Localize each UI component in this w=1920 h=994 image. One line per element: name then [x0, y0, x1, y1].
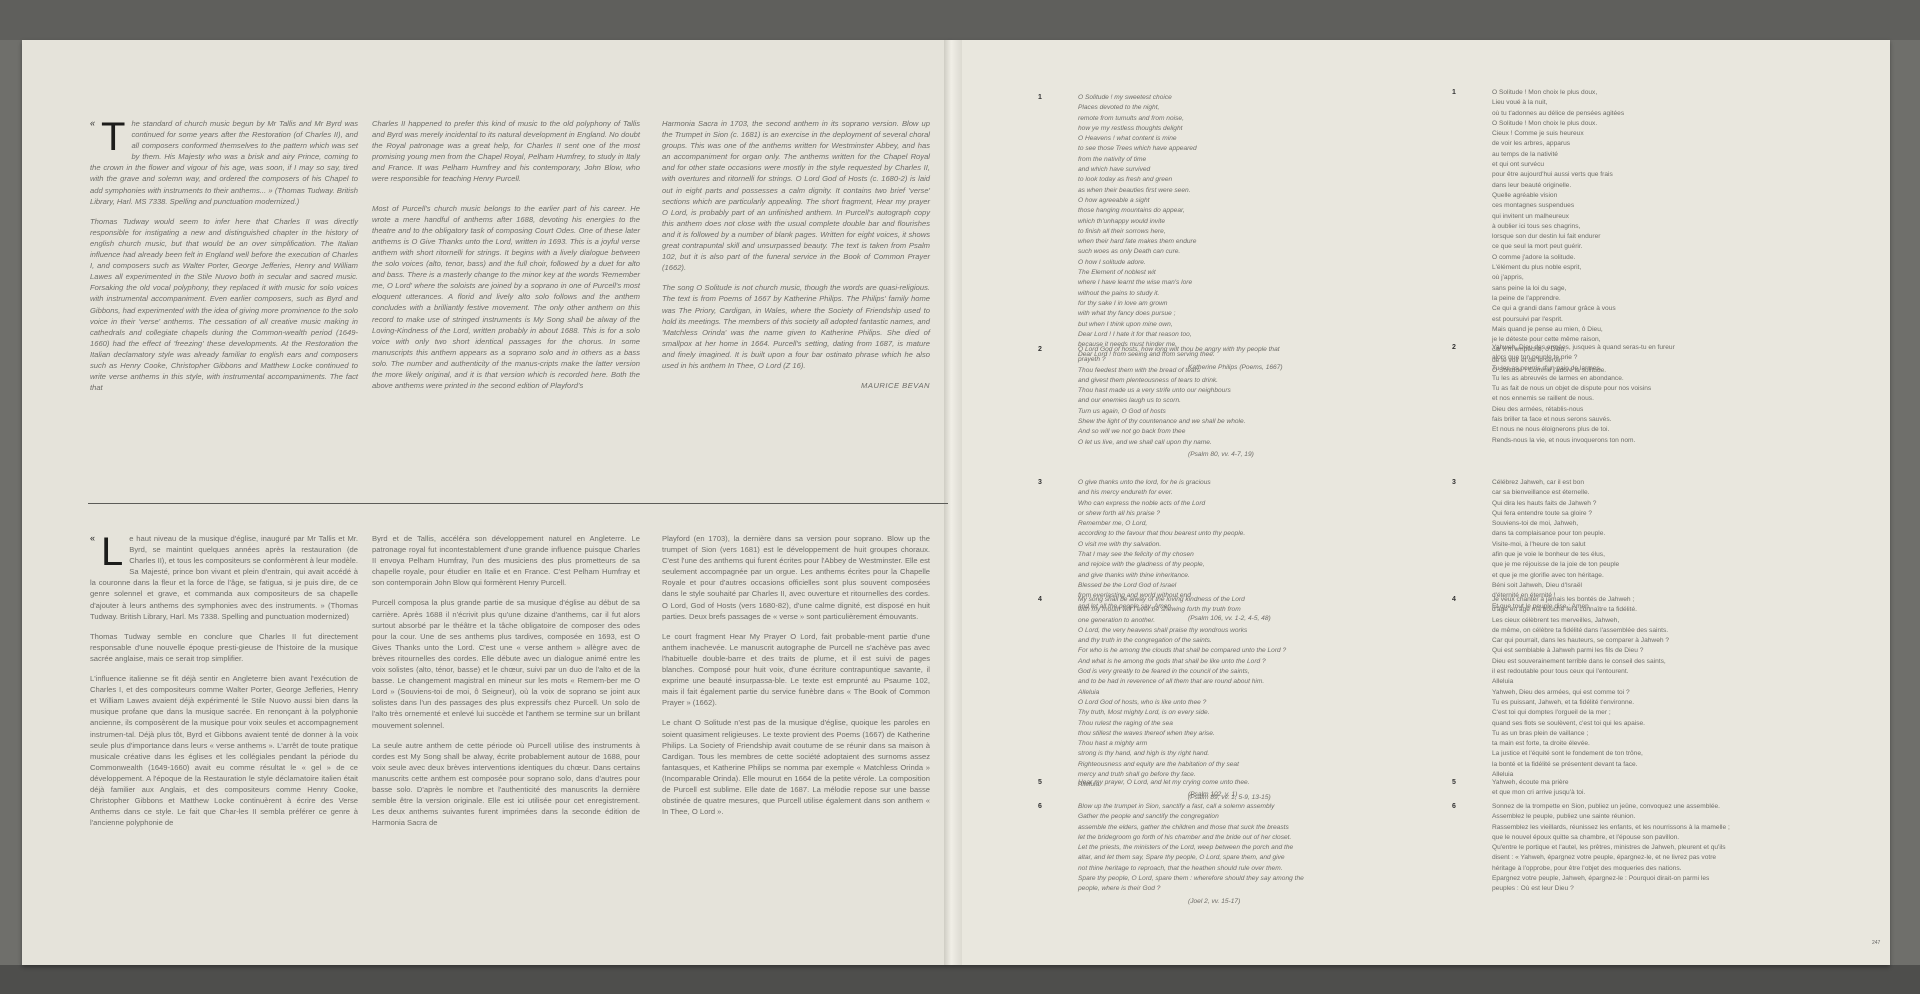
lyric-line: Places devoted to the night, [1078, 103, 1438, 113]
lyric-line: C'est toi qui domptes l'orgueil de la me… [1492, 708, 1872, 718]
lyric-line: alors que ton peuple te prie ? [1492, 353, 1872, 363]
lyric-line: Who can express the noble acts of the Lo… [1078, 499, 1438, 509]
open-quote: « [90, 533, 95, 544]
lyric-line: O Solitude ! Mon choix le plus doux, [1492, 88, 1872, 98]
lyric-line: Cieux ! Comme je suis heureux [1492, 129, 1872, 139]
lyric-line: O Solitude ! Mon choix le plus doux. [1492, 119, 1872, 129]
track-number: 6 [1452, 802, 1456, 812]
lyric-line: de même, on célèbre ta fidélité dans l'a… [1492, 626, 1872, 636]
lyric-line: from the nativity of time [1078, 155, 1438, 165]
lyric-line: Ce qui a grandi dans l'amour grâce à vou… [1492, 304, 1872, 314]
lyric-line: assemble the elders, gather the children… [1078, 823, 1438, 833]
track-number: 5 [1038, 778, 1042, 788]
lyric-line: Dieu des armées, rétablis-nous [1492, 405, 1872, 415]
lyric-block: 1O Solitude ! Mon choix le plus doux,Lie… [1452, 88, 1872, 376]
lyric-line: those hanging mountains do appear, [1078, 206, 1438, 216]
lyric-line: with my mouth will I ever be shewing for… [1078, 605, 1438, 615]
french-essay-paragraph: La seule autre anthem de cette période o… [372, 740, 640, 829]
lyric-line: or shew forth all his praise ? [1078, 509, 1438, 519]
lyric-line: Célébrez Jahweh, car il est bon [1492, 478, 1872, 488]
lyric-block: 2O Lord God of hosts, how long wilt thou… [1038, 345, 1438, 460]
lyric-line: ces montagnes suspendues [1492, 201, 1872, 211]
track-number: 6 [1038, 802, 1042, 812]
lyric-line: O visit me with thy salvation. [1078, 540, 1438, 550]
french-essay-paragraph: Purcell composa la plus grande partie de… [372, 597, 640, 730]
english-essay-paragraph: The song O Solitude is not church music,… [662, 282, 930, 371]
lyric-line: Turn us again, O God of hosts [1078, 407, 1438, 417]
lyric-line: au temps de la nativité [1492, 150, 1872, 160]
lyric-line: Thy truth, Most mighty Lord, is on every… [1078, 708, 1438, 718]
lyric-line: et nos ennemis se raillent de nous. [1492, 394, 1872, 404]
track-number: 1 [1038, 93, 1042, 103]
lyric-line: que je me réjouisse de la joie de ton pe… [1492, 560, 1872, 570]
lyric-source-reference: (Psalm 80, vv. 4-7, 19) [1188, 450, 1438, 460]
lyric-line: dans leur beauté originelle. [1492, 181, 1872, 191]
lyric-line: Epargnez votre peuple, Jahweh, épargnez-… [1492, 874, 1872, 884]
lyric-line: And so will we not go back from thee [1078, 427, 1438, 437]
track-number: 3 [1038, 478, 1042, 488]
lyric-line: Et nous ne nous éloignerons plus de toi. [1492, 425, 1872, 435]
english-essay-col-2: Charles II happened to prefer this kind … [372, 118, 640, 400]
lyric-line: Lieu voué à la nuit, [1492, 98, 1872, 108]
lyric-line: God is very greatly to be feared in the … [1078, 667, 1438, 677]
lyric-line: Qui dira les hauts faits de Jahweh ? [1492, 499, 1872, 509]
lyric-line: O give thanks unto the lord, for he is g… [1078, 478, 1438, 488]
lyric-line: la peine de l'apprendre. [1492, 294, 1872, 304]
lyric-line: Thou rulest the raging of the sea [1078, 719, 1438, 729]
author-signature: MAURICE BEVAN [662, 380, 930, 391]
lyric-line: where I have learnt the wise man's lore [1078, 278, 1438, 288]
lyric-block: 5Hear my prayer, O Lord, and let my cryi… [1038, 778, 1438, 801]
lyric-line: Tu es puissant, Jahweh, et ta fidélité t… [1492, 698, 1872, 708]
lyric-line: and our enemies laugh us to scorn. [1078, 396, 1438, 406]
lyric-line: Spare thy people, O Lord, spare them : w… [1078, 874, 1438, 884]
lyric-line: Tu les as abreuvés de larmes en abondanc… [1492, 374, 1872, 384]
english-essay-paragraph: Charles II happened to prefer this kind … [372, 118, 640, 185]
french-essay-paragraph: Byrd et de Tallis, accéléra son développ… [372, 533, 640, 588]
lyric-line: et que mon cri arrive jusqu'à toi. [1492, 788, 1872, 798]
lyric-line: Gather the people and sanctify the congr… [1078, 812, 1438, 822]
lyric-line: ta main est forte, ta droite élevée. [1492, 739, 1872, 749]
track-number: 4 [1452, 595, 1456, 605]
french-essay-col-1: « L e haut niveau de la musique d'église… [90, 533, 358, 837]
lyric-line: as when their beauties first were seen. [1078, 186, 1438, 196]
lyric-block: 1O Solitude ! my sweetest choicePlaces d… [1038, 93, 1438, 373]
french-essay-paragraph: Le chant O Solitude n'est pas de la musi… [662, 717, 930, 817]
lyric-line: où j'appris, [1492, 273, 1872, 283]
drop-cap-t: T [101, 120, 125, 154]
lyric-line: O Lord, the very heavens shall praise th… [1078, 626, 1438, 636]
track-number: 5 [1452, 778, 1456, 788]
lyric-line: Hear my prayer, O Lord, and let my cryin… [1078, 778, 1438, 788]
lyric-line: O how agreeable a sight [1078, 196, 1438, 206]
background-top [0, 0, 1920, 40]
lyric-line: For who is he among the clouds that shal… [1078, 646, 1438, 656]
track-number: 2 [1452, 343, 1456, 353]
lyric-line: Yahweh, écoute ma prière [1492, 778, 1872, 788]
lyric-line: dans ta complaisance pour ton peuple. [1492, 529, 1872, 539]
lyric-line: O comme j'adore la solitude. [1492, 253, 1872, 263]
lyric-line: Assemblez le peuple, publiez une sainte … [1492, 812, 1872, 822]
lyric-line: according to the favour that thou beares… [1078, 529, 1438, 539]
lyric-line: altar, and let them say, Spare thy peopl… [1078, 853, 1438, 863]
lyric-line: Visite-moi, à l'heure de ton salut [1492, 540, 1872, 550]
lyric-line: afin que je voie le bonheur de tes élus, [1492, 550, 1872, 560]
lyric-line: quand ses flots se soulèvent, c'est toi … [1492, 719, 1872, 729]
lyric-block: 4Je veux chanter à jamais les bontés de … [1452, 595, 1872, 780]
lyric-line: and his mercy endureth for ever. [1078, 488, 1438, 498]
lyric-line: car sa bienveillance est éternelle. [1492, 488, 1872, 498]
lyric-source-reference: (Joel 2, vv. 15-17) [1188, 897, 1438, 907]
lyric-line: which th'unhappy would invite [1078, 217, 1438, 227]
lyric-line: Les cieux célèbrent tes merveilles, Jahw… [1492, 616, 1872, 626]
french-essay-paragraph: Playford (en 1703), la dernière dans sa … [662, 533, 930, 622]
french-essay-paragraph: Le court fragment Hear My Prayer O Lord,… [662, 631, 930, 709]
lyric-line: without the pains to study it. [1078, 289, 1438, 299]
lyric-block: 3Célébrez Jahweh, car il est boncar sa b… [1452, 478, 1872, 612]
english-essay-paragraph: Thomas Tudway would seem to infer here t… [90, 216, 358, 394]
lyric-line: and rejoice with the gladness of thy peo… [1078, 560, 1438, 570]
lyric-line: Car qui pourrait, dans les hauteurs, se … [1492, 636, 1872, 646]
lyric-line: And what is he among the gods that shall… [1078, 657, 1438, 667]
lyric-line: à oublier ici tous ses chagrins, [1492, 222, 1872, 232]
english-essay-paragraph: Most of Purcell's church music belongs t… [372, 203, 640, 392]
english-essay-paragraph: Harmonia Sacra in 1703, the second anthe… [662, 118, 930, 273]
lyric-line: O Heavens ! what content is mine [1078, 134, 1438, 144]
lyric-block: 6Blow up the trumpet in Sion, sanctify a… [1038, 802, 1438, 907]
english-essay-intro: « T he standard of church music begun by… [90, 118, 358, 207]
lyric-line: That I may see the felicity of thy chose… [1078, 550, 1438, 560]
lyric-line: Alleluia [1078, 688, 1438, 698]
french-essay-col-3: Playford (en 1703), la dernière dans sa … [662, 533, 930, 826]
lyric-line: disent : « Yahweh, épargnez votre peuple… [1492, 853, 1872, 863]
lyric-line: My song shall be alway of the loving kin… [1078, 595, 1438, 605]
lyric-line: sans peine la loi du sage, [1492, 284, 1872, 294]
section-divider [88, 503, 948, 504]
lyric-line: Souviens-toi de moi, Jahweh, [1492, 519, 1872, 529]
lyric-line: O Lord God of hosts, who is like unto th… [1078, 698, 1438, 708]
lyric-line: Tu as un bras plein de vaillance ; [1492, 729, 1872, 739]
lyric-line: Yahweh, Dieu des armées, qui est comme t… [1492, 688, 1872, 698]
page-number: 247 [1872, 940, 1880, 946]
lyric-line: d'âge en âge ma bouche fera connaître ta… [1492, 605, 1872, 615]
lyric-line: Thou hast a mighty arm [1078, 739, 1438, 749]
lyric-line: and give thanks with thine inheritance. [1078, 571, 1438, 581]
lyric-line: Mais quand je pense au mien, ô Dieu, [1492, 325, 1872, 335]
lyric-line: L'élément du plus noble esprit, [1492, 263, 1872, 273]
lyric-line: strong is thy hand, and high is thy righ… [1078, 749, 1438, 759]
track-number: 2 [1038, 345, 1042, 355]
track-number: 4 [1038, 595, 1042, 605]
track-number: 1 [1452, 88, 1456, 98]
lyric-line: such woes as only Death can cure. [1078, 247, 1438, 257]
lyric-line: Sonnez de la trompette en Sion, publiez … [1492, 802, 1872, 812]
lyric-line: and thy truth in the congregation of the… [1078, 636, 1438, 646]
open-quote: « [90, 118, 95, 129]
lyric-line: La justice et l'équité sont le fondement… [1492, 749, 1872, 759]
lyric-block: 2Yahweh, Dieu des armées, jusques à quan… [1452, 343, 1872, 446]
lyric-block: 6Sonnez de la trompette en Sion, publiez… [1452, 802, 1872, 895]
lyric-line: and to be had in reverence of all them t… [1078, 677, 1438, 687]
lyric-line: people, where is their God ? [1078, 884, 1438, 894]
lyric-line: Quelle agréable vision [1492, 191, 1872, 201]
french-essay-paragraph: L'influence italienne se fit déjà sentir… [90, 673, 358, 828]
lyric-line: how ye my restless thoughts delight [1078, 124, 1438, 134]
lyric-line: with what thy fancy does pursue ; [1078, 309, 1438, 319]
lyric-line: Qui fera entendre toute sa gloire ? [1492, 509, 1872, 519]
lyric-line: Rassemblez les vieillards, réunissez les… [1492, 823, 1872, 833]
lyric-line: héritage à l'opprobe, pour être l'objet … [1492, 864, 1872, 874]
lyric-line: Je veux chanter à jamais les bontés de J… [1492, 595, 1872, 605]
lyric-line: and givest them plenteousness of tears t… [1078, 376, 1438, 386]
lyric-line: to see those Trees which have appeared [1078, 144, 1438, 154]
lyric-line: que le nouvel époux quitte sa chambre, e… [1492, 833, 1872, 843]
lyric-line: est poursuivi par l'esprit. [1492, 315, 1872, 325]
drop-cap-l: L [101, 535, 123, 569]
lyric-line: Dieu est souverainement terrible dans le… [1492, 657, 1872, 667]
french-essay-col-2: Byrd et de Tallis, accéléra son développ… [372, 533, 640, 837]
lyric-block: 4My song shall be alway of the loving ki… [1038, 595, 1438, 803]
lyric-line: Béni soit Jahweh, Dieu d'Israël [1492, 581, 1872, 591]
french-essay-paragraph: Thomas Tudway semble en conclure que Cha… [90, 631, 358, 664]
lyric-line: Yahweh, Dieu des armées, jusques à quand… [1492, 343, 1872, 353]
lyric-line: O Solitude ! my sweetest choice [1078, 93, 1438, 103]
lyric-line: Qu'entre le portique et l'autel, les prê… [1492, 843, 1872, 853]
track-number: 3 [1452, 478, 1456, 488]
background-bottom [0, 965, 1920, 994]
lyric-line: O let us live, and we shall call upon th… [1078, 438, 1438, 448]
french-essay-intro: « L e haut niveau de la musique d'église… [90, 533, 358, 622]
lyric-line: one generation to another. [1078, 616, 1438, 626]
lyric-line: not thine heritage to reproach, that the… [1078, 864, 1438, 874]
lyric-line: Tu les as nourris d'un pain de larmes. [1492, 364, 1872, 374]
lyric-line: Shew the light of thy countenance and we… [1078, 417, 1438, 427]
lyric-line: Qui est semblable à Jahweh parmi les fil… [1492, 646, 1872, 656]
english-essay-col-1: « T he standard of church music begun by… [90, 118, 358, 402]
lyric-line: Thou feedest them with the bread of tear… [1078, 366, 1438, 376]
lyric-line: prayeth ? [1078, 355, 1438, 365]
lyric-line: la bonté et la fidélité se présentent de… [1492, 760, 1872, 770]
lyric-line: Thou hast made us a very strife unto our… [1078, 386, 1438, 396]
lyric-line: to look today as fresh and green [1078, 175, 1438, 185]
lyric-line: fais briller ta face et nous serons sauv… [1492, 415, 1872, 425]
lyric-line: Righteousness and equity are the habitat… [1078, 760, 1438, 770]
lyric-line: ce que seul la mort peut guérir. [1492, 242, 1872, 252]
lyric-block: 5Yahweh, écoute ma prièreet que mon cri … [1452, 778, 1872, 799]
lyric-line: Rends-nous la vie, et nous invoquerons t… [1492, 436, 1872, 446]
lyric-line: for thy sake I in love am grown [1078, 299, 1438, 309]
lyric-line: où tu t'adonnes au délice de pensées agi… [1492, 109, 1872, 119]
lyric-line: Blessed be the Lord God of Israel [1078, 581, 1438, 591]
lyric-line: to finish all their sorrows here, [1078, 227, 1438, 237]
lyric-line: The Element of noblest wit [1078, 268, 1438, 278]
lyric-source-reference: (Psalm 102, v. 1) [1188, 790, 1438, 800]
lyric-line: pour être aujourd'hui aussi verts que fr… [1492, 170, 1872, 180]
lyric-line: O Lord God of hosts, how long wilt thou … [1078, 345, 1438, 355]
lyric-line: Dear Lord ! I hate it for that reason to… [1078, 330, 1438, 340]
lyric-line: Tu as fait de nous un objet de dispute p… [1492, 384, 1872, 394]
lyric-line: peuples : Où est leur Dieu ? [1492, 884, 1872, 894]
lyric-line: let the bridegroom go forth of his chamb… [1078, 833, 1438, 843]
lyric-line: lorsque son dur destin lui fait endurer [1492, 232, 1872, 242]
english-essay-col-3: Harmonia Sacra in 1703, the second anthe… [662, 118, 930, 391]
lyric-line: and which have survived [1078, 165, 1438, 175]
lyric-line: remote from tumults and from noise, [1078, 114, 1438, 124]
lyric-line: Blow up the trumpet in Sion, sanctify a … [1078, 802, 1438, 812]
lyric-line: thou stillest the waves thereof when the… [1078, 729, 1438, 739]
lyric-line: when their hard fate makes them endure [1078, 237, 1438, 247]
lyric-line: Alleluia [1492, 677, 1872, 687]
lyric-line: O how I solitude adore. [1078, 258, 1438, 268]
lyric-line: but when I think upon mine own, [1078, 320, 1438, 330]
lyric-line: et que je me glorifie avec ton héritage. [1492, 571, 1872, 581]
lyric-line: de voir les arbres, apparus [1492, 139, 1872, 149]
lyric-line: qui invitent un malheureux [1492, 212, 1872, 222]
lyric-line: Let the priests, the ministers of the Lo… [1078, 843, 1438, 853]
lyric-line: il est redoutable pour tous ceux qui l'e… [1492, 667, 1872, 677]
lyric-line: et qui ont survécu [1492, 160, 1872, 170]
lyric-line: Remember me, O Lord, [1078, 519, 1438, 529]
